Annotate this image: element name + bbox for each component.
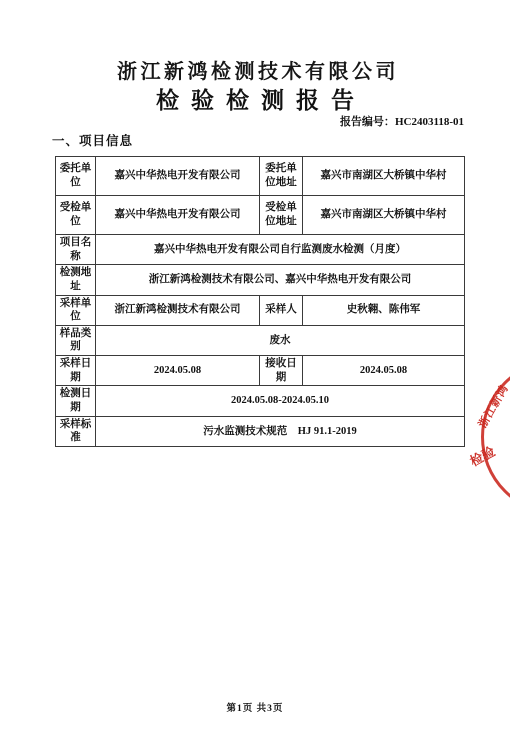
company-name: 浙江新鸿检测技术有限公司 [6, 55, 510, 84]
project-info-table: 委托单位 嘉兴中华热电开发有限公司 委托单位地址 嘉兴市南湖区大桥镇中华村 受检… [55, 156, 465, 447]
section-heading-project-info: 一、项目信息 [52, 131, 133, 149]
row-label: 受检单位 [56, 196, 96, 235]
table-row-sampling-standard: 采样标准 污水监测技术规范 HJ 91.1-2019 [56, 416, 465, 446]
report-title: 检验检测报告 [12, 82, 510, 115]
table-row-consignor: 委托单位 嘉兴中华热电开发有限公司 委托单位地址 嘉兴市南湖区大桥镇中华村 [56, 157, 465, 196]
row-value: 2024.05.08 [303, 356, 465, 386]
table-row-inspected-unit: 受检单位 嘉兴中华热电开发有限公司 受检单位地址 嘉兴市南湖区大桥镇中华村 [56, 196, 465, 235]
report-number-value: HC2403118-01 [395, 116, 464, 128]
report-page: 浙江新鸿检测技术有限公司 检验检测报告 报告编号：HC2403118-01 一、… [0, 0, 510, 753]
page-footer: 第1页 共3页 [0, 700, 510, 714]
row-label: 采样单位 [56, 295, 96, 325]
row-label: 检测地址 [56, 265, 96, 295]
row-label: 样品类别 [56, 325, 96, 355]
row-value: 2024.05.08-2024.05.10 [96, 386, 465, 416]
row-label: 检测日期 [56, 386, 96, 416]
table-row-sample-category: 样品类别 废水 [56, 325, 465, 355]
row-label: 采样标准 [56, 416, 96, 446]
table-row-sampling-unit: 采样单位 浙江新鸿检测技术有限公司 采样人 史秋翱、陈伟军 [56, 295, 465, 325]
report-number-label: 报告编号： [340, 116, 395, 128]
table-row-project-name: 项目名称 嘉兴中华热电开发有限公司自行监测废水检测（月度） [56, 235, 465, 265]
row-label: 采样人 [260, 295, 303, 325]
row-label: 委托单位 [56, 157, 96, 196]
row-label: 采样日期 [56, 356, 96, 386]
row-value: 废水 [96, 325, 465, 355]
row-label: 委托单位地址 [260, 157, 303, 196]
row-label: 接收日期 [260, 356, 303, 386]
row-value: 浙江新鸿检测技术有限公司、嘉兴中华热电开发有限公司 [96, 265, 465, 295]
row-value: 嘉兴市南湖区大桥镇中华村 [303, 196, 465, 235]
row-label: 受检单位地址 [260, 196, 303, 235]
row-value: 嘉兴市南湖区大桥镇中华村 [303, 157, 465, 196]
row-value: 2024.05.08 [96, 356, 260, 386]
report-number: 报告编号：HC2403118-01 [340, 113, 464, 129]
row-label: 项目名称 [56, 235, 96, 265]
row-value: 史秋翱、陈伟军 [303, 295, 465, 325]
red-seal-circle-icon [481, 359, 510, 515]
row-value: 嘉兴中华热电开发有限公司 [96, 196, 260, 235]
row-value: 嘉兴中华热电开发有限公司 [96, 157, 260, 196]
row-value: 浙江新鸿检测技术有限公司 [96, 295, 260, 325]
row-value: 污水监测技术规范 HJ 91.1-2019 [96, 416, 465, 446]
table-row-sampling-date: 采样日期 2024.05.08 接收日期 2024.05.08 [56, 356, 465, 386]
table-row-test-date: 检测日期 2024.05.08-2024.05.10 [56, 386, 465, 416]
row-value: 嘉兴中华热电开发有限公司自行监测废水检测（月度） [96, 235, 465, 265]
table-row-test-address: 检测地址 浙江新鸿检测技术有限公司、嘉兴中华热电开发有限公司 [56, 265, 465, 295]
